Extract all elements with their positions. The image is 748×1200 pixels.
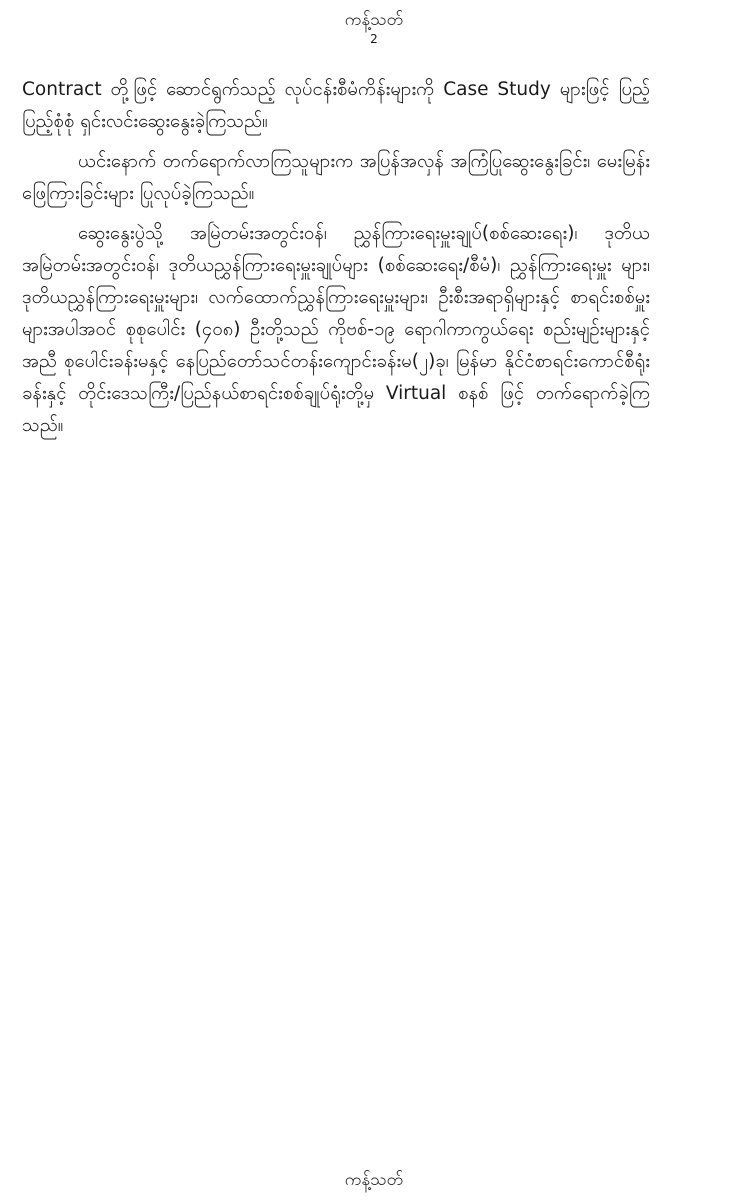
page-header: ကန့်သတ် 2 (0, 8, 748, 46)
document-body: Contract တို့ဖြင့် ဆောင်ရွက်သည့် လုပ်ငန်… (22, 74, 650, 450)
page-number: 2 (0, 32, 748, 46)
paragraph-case-study: Contract တို့ဖြင့် ဆောင်ရွက်သည့် လုပ်ငန်… (22, 74, 650, 138)
paragraph-discussion: ယင်းနောက် တက်ရောက်လာကြသူများက အပြန်အလှန်… (22, 146, 650, 210)
classification-label: ကန့်သတ် (0, 8, 748, 32)
paragraph-attendees: ဆွေးနွေးပွဲသို့ အမြဲတမ်းအတွင်းဝန်၊ ညွှန်… (22, 218, 650, 442)
footer-classification-label: ကန့်သတ် (345, 1170, 403, 1190)
page-footer: ကန့်သတ် (0, 1168, 748, 1192)
